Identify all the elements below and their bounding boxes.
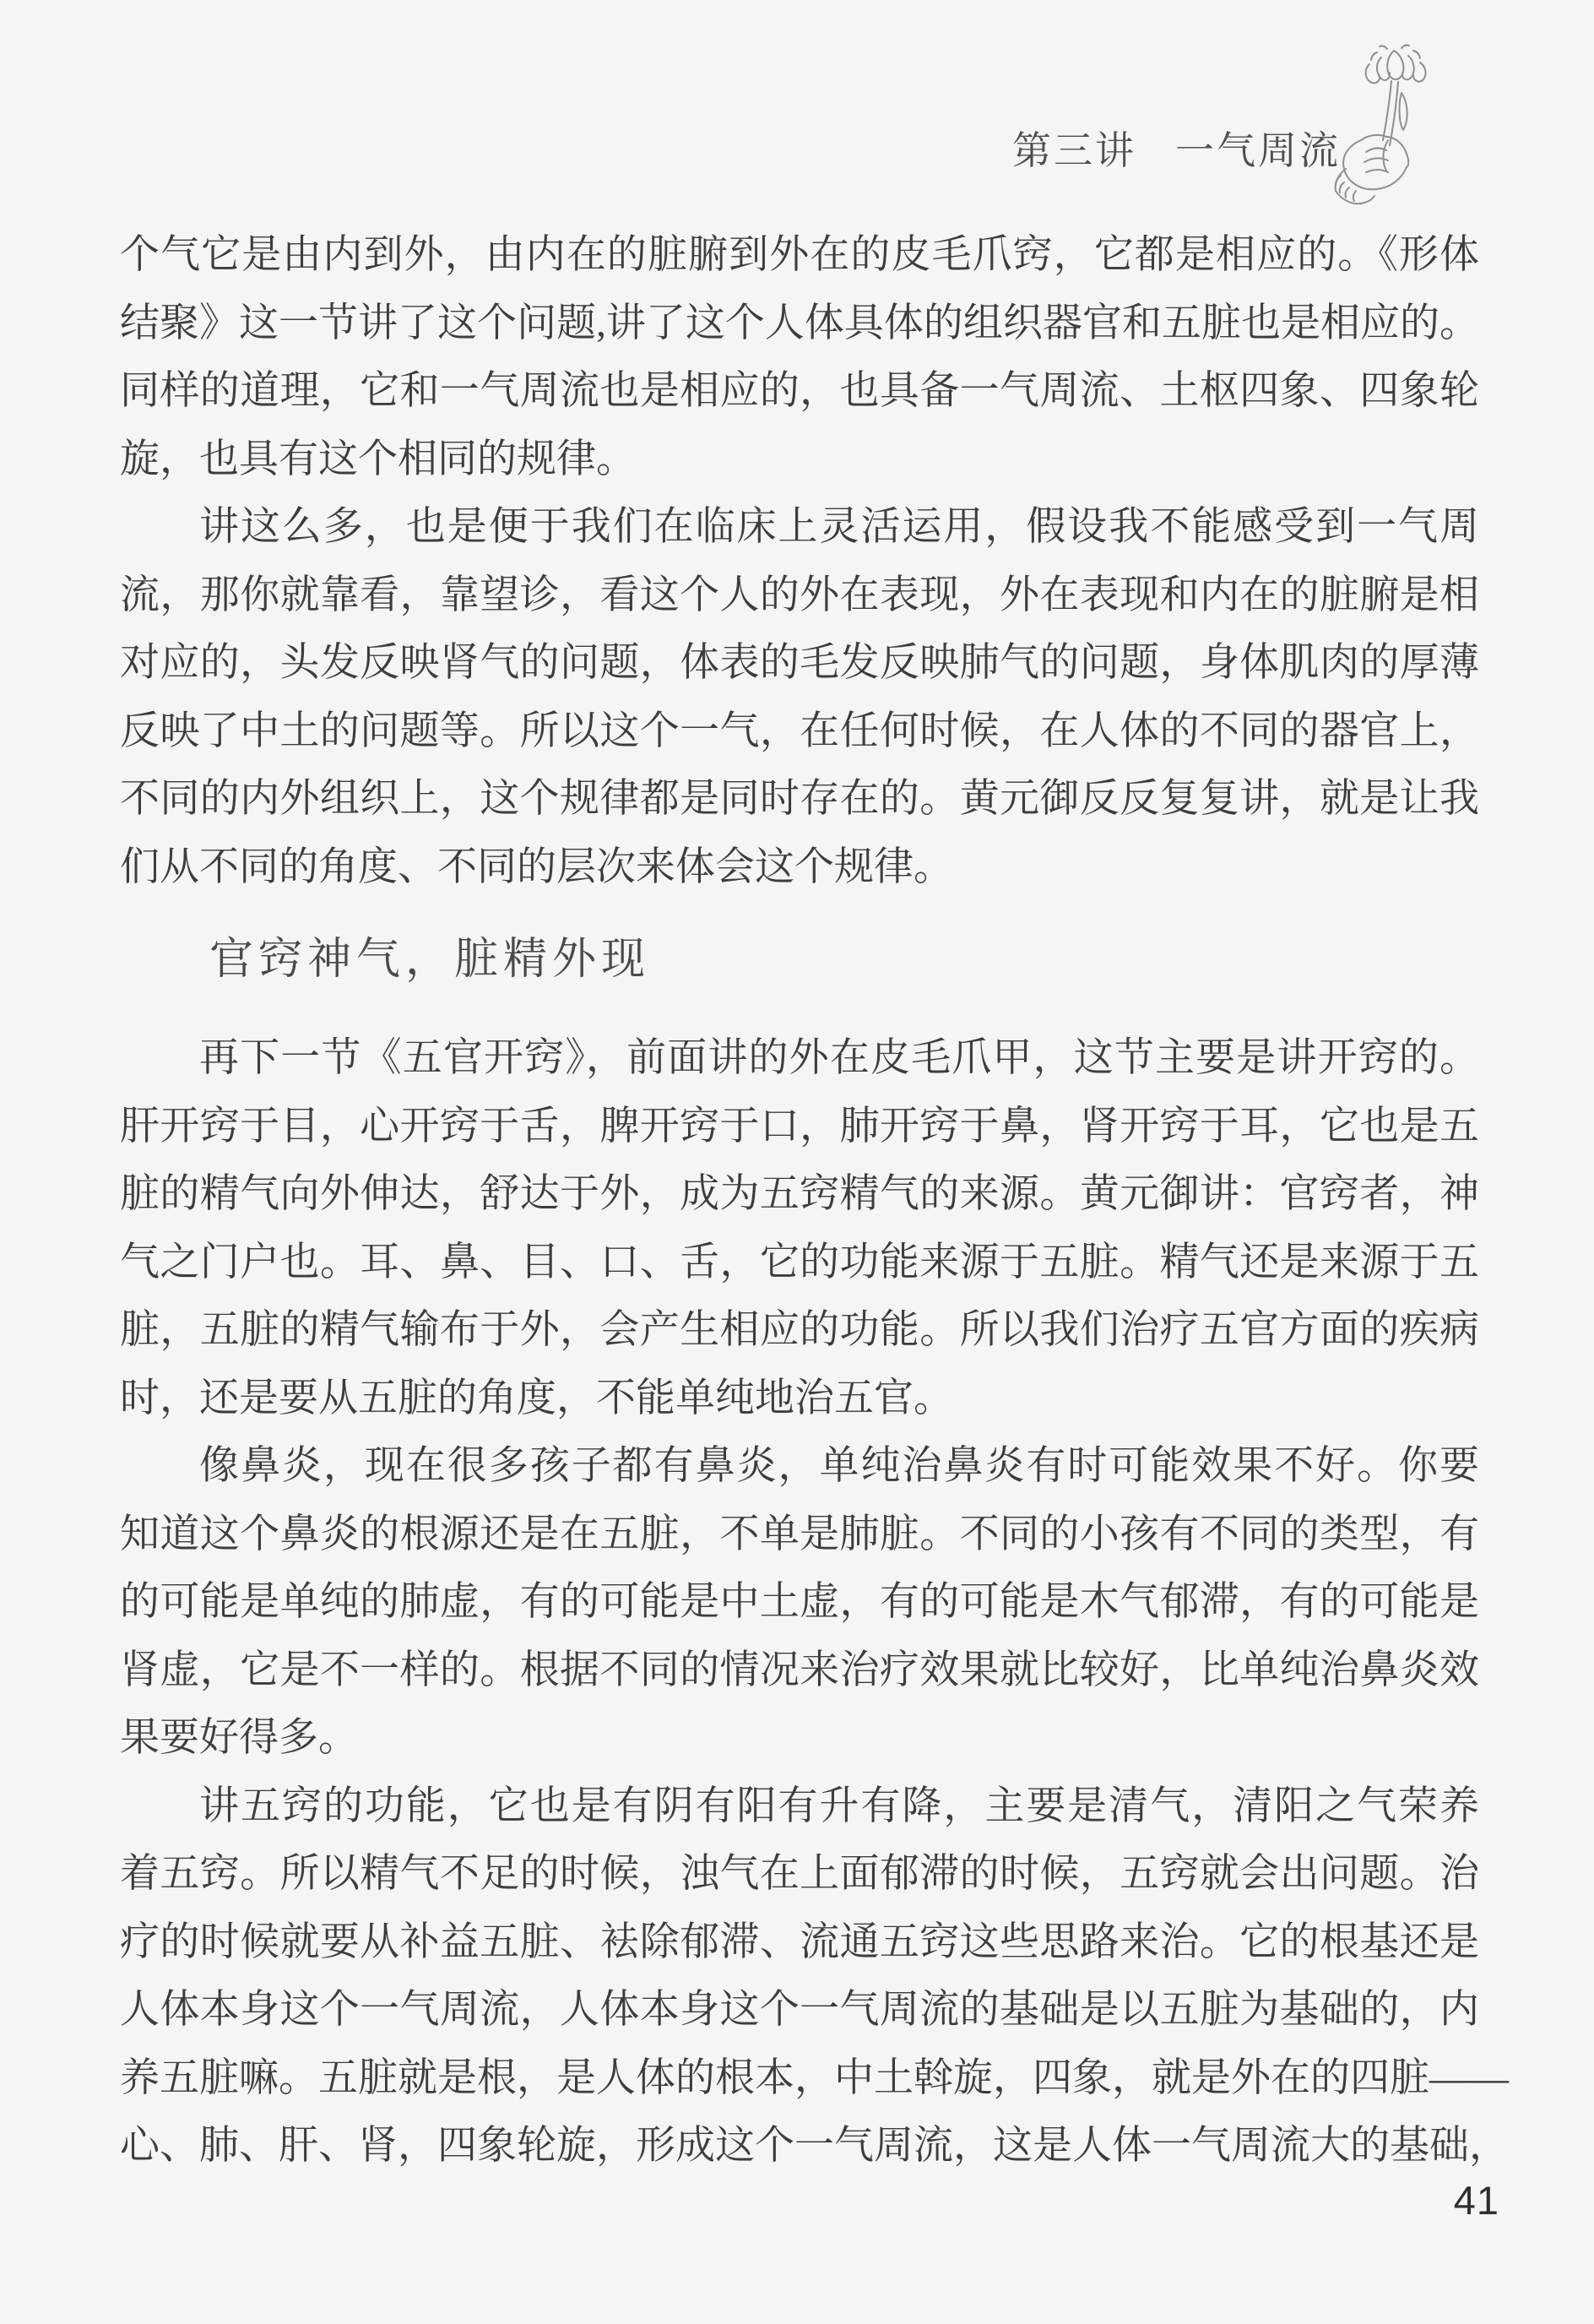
text-line: 气之门户也。耳、鼻、目、口、舌，它的功能来源于五脏。精气还是来源于五 [120, 1229, 1479, 1297]
paragraph: 再下一节《五官开窍》，前面讲的外在皮毛爪甲，这节主要是讲开窍的。肝开窍于目，心开… [120, 1024, 1479, 1432]
text-line: 时，还是要从五脏的角度，不能单纯地治五官。 [120, 1365, 1479, 1433]
text-line: 旋，也具有这个相同的规律。 [120, 426, 1479, 494]
text-line: 着五窍。所以精气不足的时候，浊气在上面郁滞的时候，五窍就会出问题。治 [120, 1840, 1479, 1909]
text-line: 果要好得多。 [120, 1704, 1479, 1773]
paragraph: 讲这么多，也是便于我们在临床上灵活运用，假设我不能感受到一气周流，那你就靠看，靠… [120, 493, 1479, 901]
text-line: 个气它是由内到外，由内在的脏腑到外在的皮毛爪窍，它都是相应的。《形体 [120, 221, 1479, 290]
text-line: 同样的道理，它和一气周流也是相应的，也具备一气周流、土枢四象、四象轮 [120, 357, 1479, 426]
text-line: 再下一节《五官开窍》，前面讲的外在皮毛爪甲，这节主要是讲开窍的。 [120, 1024, 1479, 1093]
text-line: 脏，五脏的精气输布于外，会产生相应的功能。所以我们治疗五官方面的疾病 [120, 1296, 1479, 1365]
paragraph: 讲五窍的功能，它也是有阴有阳有升有降，主要是清气，清阳之气荣养着五窍。所以精气不… [120, 1773, 1479, 2180]
text-line: 讲五窍的功能，它也是有阴有阳有升有降，主要是清气，清阳之气荣养 [120, 1773, 1479, 1841]
text-line: 知道这个鼻炎的根源还是在五脏，不单是肺脏。不同的小孩有不同的类型，有 [120, 1501, 1479, 1569]
text-line: 对应的，头发反映肾气的问题，体表的毛发反映肺气的问题，身体肌肉的厚薄 [120, 629, 1479, 698]
text-line: 结聚》这一节讲了这个问题,讲了这个人体具体的组织器官和五脏也是相应的。 [120, 290, 1479, 358]
text-line: 讲这么多，也是便于我们在临床上灵活运用，假设我不能感受到一气周 [120, 493, 1479, 562]
text-line: 心、肺、肝、肾，四象轮旋，形成这个一气周流，这是人体一气周流大的基础， [120, 2112, 1479, 2180]
text-line: 不同的内外组织上，这个规律都是同时存在的。黄元御反反复复讲，就是让我 [120, 765, 1479, 833]
section-heading: 官窍神气，脏精外现 [209, 926, 1479, 994]
text-line: 反映了中土的问题等。所以这个一气，在任何时候，在人体的不同的器官上， [120, 698, 1479, 766]
chapter-label: 第三讲 [1012, 129, 1136, 172]
page-number: 41 [1454, 2177, 1499, 2224]
paragraph: 个气它是由内到外，由内在的脏腑到外在的皮毛爪窍，它都是相应的。《形体结聚》这一节… [120, 221, 1479, 493]
text-line: 肝开窍于目，心开窍于舌，脾开窍于口，肺开窍于鼻，肾开窍于耳，它也是五 [120, 1093, 1479, 1161]
book-page: 第三讲一气周流 个气它是由内到外，由内在的脏腑到外在的皮毛爪窍，它都是相应 [0, 0, 1594, 2324]
text-line: 养五脏嘛。五脏就是根，是人体的根本，中土斡旋，四象，就是外在的四脏—— [120, 2044, 1479, 2113]
text-line: 人体本身这个一气周流，人体本身这个一气周流的基础是以五脏为基础的，内 [120, 1976, 1479, 2044]
paragraph: 像鼻炎，现在很多孩子都有鼻炎，单纯治鼻炎有时可能效果不好。你要知道这个鼻炎的根源… [120, 1432, 1479, 1773]
text-line: 的可能是单纯的肺虚，有的可能是中土虚，有的可能是木气郁滞，有的可能是 [120, 1568, 1479, 1637]
text-line: 流，那你就靠看，靠望诊，看这个人的外在表现，外在表现和内在的脏腑是相 [120, 562, 1479, 630]
page-header: 第三讲一气周流 [1012, 120, 1341, 176]
hand-lotus-illustration [1307, 42, 1452, 226]
text-line: 像鼻炎，现在很多孩子都有鼻炎，单纯治鼻炎有时可能效果不好。你要 [120, 1432, 1479, 1501]
text-line: 疗的时候就要从补益五脏、袪除郁滞、流通五窍这些思路来治。它的根基还是 [120, 1909, 1479, 1977]
text-line: 脏的精气向外伸达，舒达于外，成为五窍精气的来源。黄元御讲：官窍者，神 [120, 1160, 1479, 1229]
text-line: 们从不同的角度、不同的层次来体会这个规律。 [120, 833, 1479, 902]
text-line: 肾虚，它是不一样的。根据不同的情况来治疗效果就比较好，比单纯治鼻炎效 [120, 1637, 1479, 1705]
page-body: 个气它是由内到外，由内在的脏腑到外在的皮毛爪窍，它都是相应的。《形体结聚》这一节… [120, 221, 1479, 2180]
